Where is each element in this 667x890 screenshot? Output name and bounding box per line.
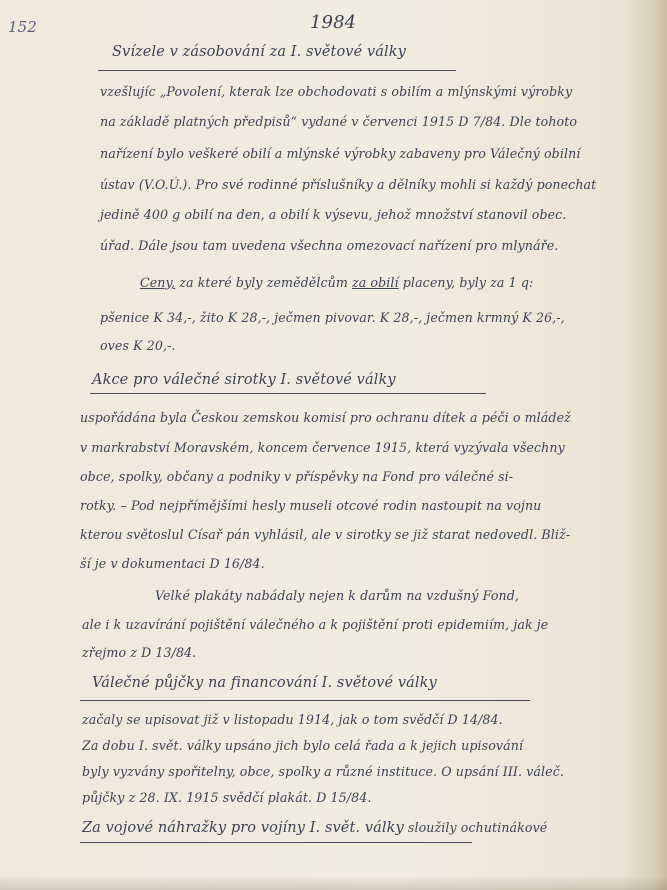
- prices-intro: Ceny, za které byly zemědělcům za obilí …: [140, 275, 533, 290]
- heading-underline: [80, 842, 472, 843]
- text-line: ší je v dokumentaci D 16/84.: [80, 556, 265, 571]
- section-heading-supply-hardships: Svízele v zásobování za I. světové války: [112, 44, 406, 60]
- heading-underline: [98, 70, 456, 71]
- text-line: vzešlujíc „Povolení, kterak lze obchodov…: [100, 84, 572, 99]
- price-line: pšenice K 34,-, žito K 28,-, ječmen pivo…: [100, 310, 565, 325]
- page-number: 152: [8, 18, 37, 36]
- text-line: jedině 400 g obilí na den, a obilí k výs…: [100, 207, 566, 222]
- text-line: byly vyzvány spořitelny, obce, spolky a …: [82, 764, 564, 779]
- text-line: ale i k uzavírání pojištění válečného a …: [82, 617, 548, 632]
- text-line: zřejmo z D 13/84.: [82, 645, 196, 660]
- text-line: v markrabství Moravském, koncem července…: [80, 440, 565, 455]
- text-line: ústav (V.O.Ú.). Pro své rodinné příslušn…: [100, 177, 596, 192]
- underlined-word: Ceny,: [140, 275, 175, 290]
- text-line: rotky. – Pod nejpřímějšími hesly museli …: [80, 498, 541, 513]
- section-heading-war-loans: Válečné půjčky na financování I. světové…: [92, 675, 437, 691]
- text-line: začaly se upisovat již v listopadu 1914,…: [82, 712, 503, 727]
- text-line: obce, spolky, občany a podniky v příspěv…: [80, 469, 513, 484]
- chronicle-page: 152 1984 Svízele v zásobování za I. svět…: [0, 0, 667, 890]
- year-heading: 1984: [310, 12, 356, 33]
- section-heading-war-orphans: Akce pro válečné sirotky I. světové válk…: [92, 372, 396, 388]
- text-line: na základě platných předpisů“ vydané v č…: [100, 114, 577, 129]
- text-fragment: za které byly zemědělcům: [175, 275, 352, 290]
- text-fragment: placeny, byly za 1 q:: [399, 275, 534, 290]
- price-line: oves K 20,-.: [100, 338, 176, 353]
- text-line: půjčky z 28. IX. 1915 svědčí plakát. D 1…: [82, 790, 371, 805]
- text-line: uspořádána byla Českou zemskou komisí pr…: [80, 410, 571, 425]
- text-line: kterou světoslul Císař pán vyhlásil, ale…: [80, 527, 570, 542]
- heading-tail-text: sloužily ochutinákové: [404, 820, 548, 835]
- heading-underline: [80, 700, 530, 701]
- text-line: Za dobu I. svět. války upsáno jich bylo …: [82, 738, 523, 753]
- text-line: úřad. Dále jsou tam uvedena všechna omez…: [100, 238, 558, 253]
- heading-underline: [90, 393, 486, 394]
- text-line: nařízení bylo veškeré obilí a mlýnské vý…: [100, 146, 580, 161]
- underlined-phrase: za obilí: [352, 275, 399, 290]
- heading-underlined-text: Za vojové náhražky pro vojíny I. svět. v…: [82, 820, 404, 836]
- text-line: Velké plakáty nabádaly nejen k darům na …: [155, 588, 519, 603]
- section-heading-substitutes: Za vojové náhražky pro vojíny I. svět. v…: [82, 820, 547, 836]
